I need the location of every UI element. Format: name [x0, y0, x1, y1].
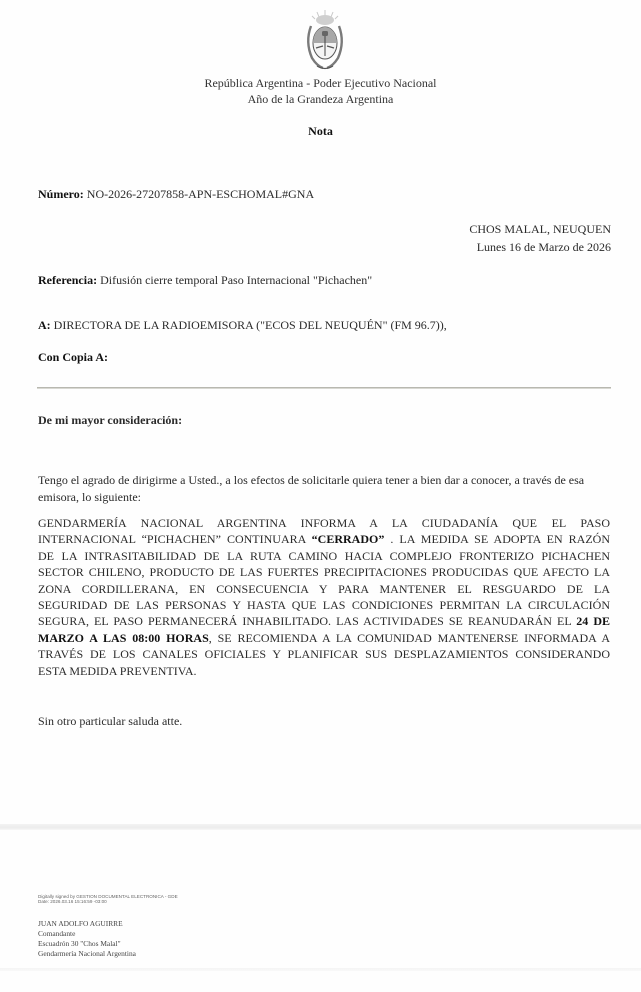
signer-rank: Comandante	[38, 929, 136, 939]
recipient-value: DIRECTORA DE LA RADIOEMISORA ("ECOS DEL …	[54, 318, 447, 332]
intro-paragraph: Tengo el agrado de dirigirme a Usted., a…	[38, 472, 610, 506]
referencia-value: Difusión cierre temporal Paso Internacio…	[100, 273, 372, 287]
document-page-1: República Argentina - Poder Ejecutivo Na…	[0, 0, 641, 824]
signer-name: JUAN ADOLFO AGUIRRE	[38, 919, 136, 929]
announcement-line: SECTOR CHILENO, PRODUCTO DE LAS FUERTES …	[38, 564, 610, 580]
recipient: A: DIRECTORA DE LA RADIOEMISORA ("ECOS D…	[38, 318, 447, 333]
numero-value: NO-2026-27207858-APN-ESCHOMAL#GNA	[87, 187, 314, 201]
digital-signature-stamp: Digitally signed by GESTION DOCUMENTAL E…	[38, 894, 178, 904]
announcement-line: ZONA CORDILLERANA, EN CONSECUENCIA Y PAR…	[38, 581, 610, 597]
announcement-line: TRAVÉS DE LOS CANALES OFICIALES Y PLANIF…	[38, 646, 610, 662]
header-year-motto: Año de la Grandeza Argentina	[0, 92, 641, 107]
copy-to: Con Copia A:	[38, 350, 108, 365]
document-number: Número: NO-2026-27207858-APN-ESCHOMAL#GN…	[38, 187, 314, 202]
announcement-line: MARZO A LAS 08:00 HORAS, SE RECOMIENDA A…	[38, 630, 610, 646]
header-republic-line: República Argentina - Poder Ejecutivo Na…	[0, 76, 641, 91]
announcement-line: SEGURA, EL PASO PERMANECERÁ INHABILITADO…	[38, 613, 610, 629]
document-type-title: Nota	[0, 124, 641, 139]
closing-remark: Sin otro particular saluda atte.	[38, 714, 182, 729]
announcement-line: GENDARMERÍA NACIONAL ARGENTINA INFORMA A…	[38, 515, 610, 531]
announcement-line: INTERNACIONAL “PICHACHEN” CONTINUARA “CE…	[38, 531, 610, 547]
digital-signature-date: Date: 2026.03.16 15:16:59 -03:00	[38, 899, 178, 904]
reopen-date: 24 DE	[576, 614, 610, 628]
recipient-label: A:	[38, 318, 51, 332]
reference: Referencia: Difusión cierre temporal Pas…	[38, 273, 372, 288]
referencia-label: Referencia:	[38, 273, 97, 287]
signature-block: JUAN ADOLFO AGUIRRE Comandante Escuadrón…	[38, 919, 136, 959]
copy-to-label: Con Copia A:	[38, 350, 108, 364]
signer-institution: Gendarmería Nacional Argentina	[38, 949, 136, 959]
page-bottom-edge	[0, 968, 641, 971]
announcement-paragraph: GENDARMERÍA NACIONAL ARGENTINA INFORMA A…	[38, 515, 610, 679]
section-divider	[37, 387, 611, 388]
date: Lunes 16 de Marzo de 2026	[477, 240, 611, 255]
salutation: De mi mayor consideración:	[38, 413, 182, 428]
signer-unit: Escuadrón 30 "Chos Malal"	[38, 939, 136, 949]
numero-label: Número:	[38, 187, 84, 201]
announcement-line: SEGURIDAD DE LAS PERSONAS Y HASTA QUE LA…	[38, 597, 610, 613]
announcement-line: ESTA MEDIDA PREVENTIVA.	[38, 663, 610, 679]
place: CHOS MALAL, NEUQUEN	[469, 222, 611, 237]
announcement-line: DE LA INTRASITABILIDAD DE LA RUTA CAMINO…	[38, 548, 610, 564]
argentina-coat-of-arms-icon	[303, 10, 347, 72]
reopen-time: MARZO A LAS 08:00 HORAS	[38, 631, 209, 645]
closed-status: “CERRADO”	[312, 532, 385, 546]
